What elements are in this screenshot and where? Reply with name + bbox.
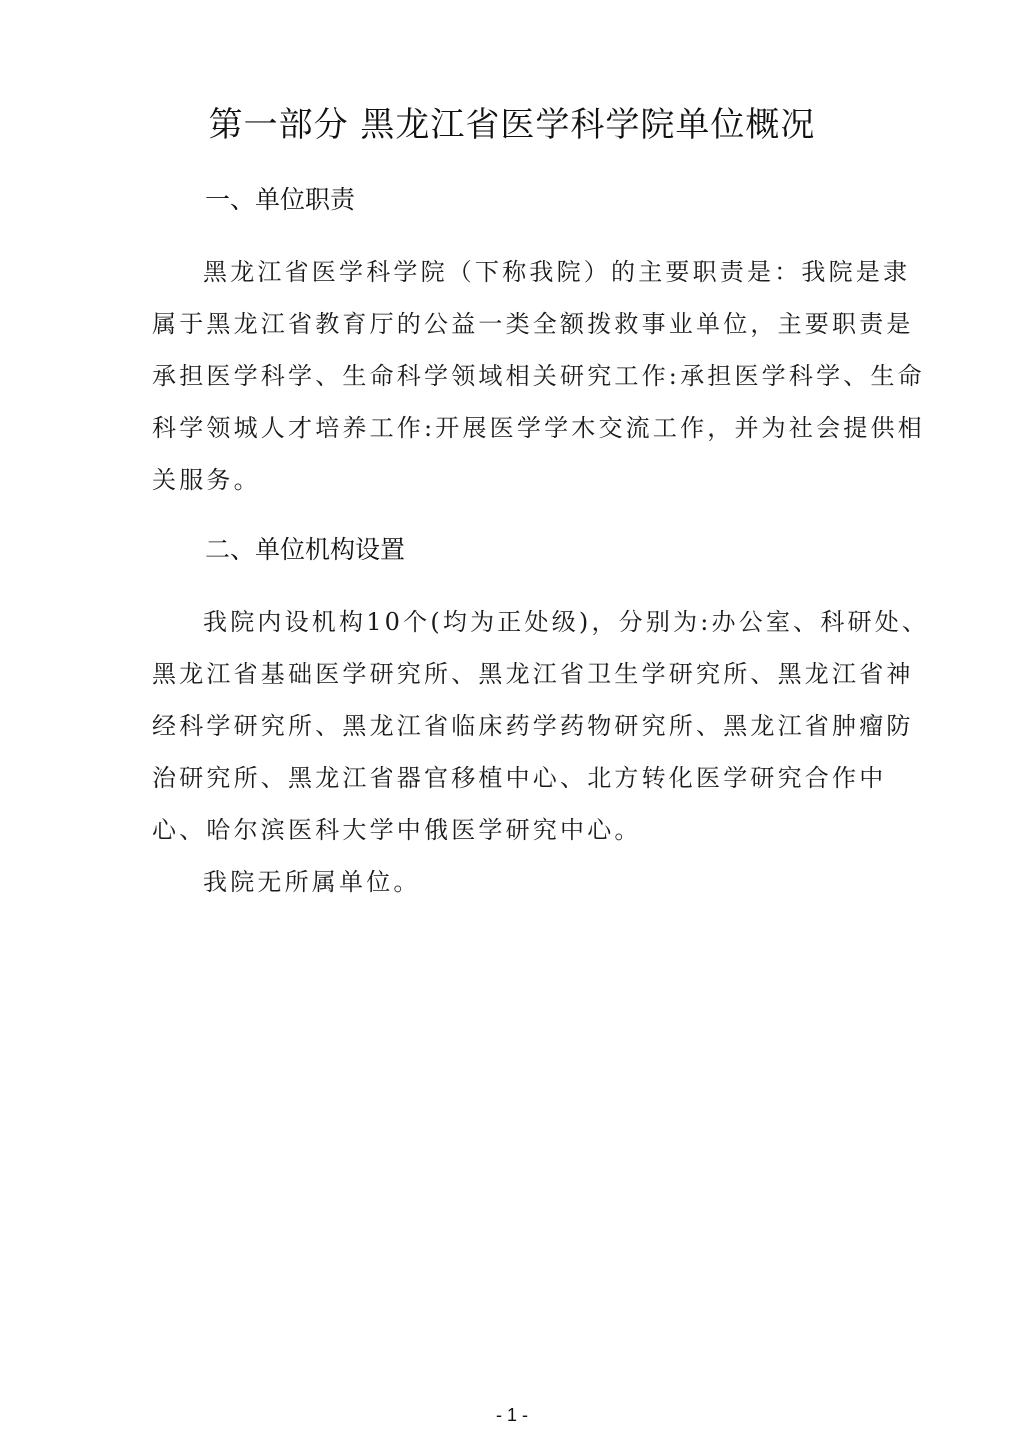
paragraph-line: 黑龙江省医学科学院（下称我院）的主要职责是：我院是隶 [203, 254, 910, 290]
paragraph-line: 经科学研究所、黑龙江省临床药学药物研究所、黑龙江省肿瘤防 [152, 708, 914, 744]
paragraph-line: 我院无所属单位。 [203, 864, 421, 900]
paragraph-line: 属于黑龙江省教育厅的公益一类全额拨救事业单位，主要职责是 [152, 306, 914, 342]
section-heading-structure: 二、单位机构设置 [205, 532, 405, 568]
paragraph-line: 承担医学科学、生命科学领域相关研究工作:承担医学科学、生命 [152, 358, 925, 394]
paragraph-line: 科学领城人才培养工作:开展医学学木交流工作，并为社会提供相 [152, 410, 925, 446]
page-number: - 1 - [0, 1405, 1024, 1426]
paragraph-line: 治研究所、黑龙江省器官移植中心、北方转化医学研究合作中 [152, 760, 886, 796]
page-title: 第一部分 黑龙江省医学科学院单位概况 [0, 100, 1024, 150]
paragraph-line: 心、哈尔滨医科大学中俄医学研究中心。 [152, 812, 642, 848]
section-heading-duties: 一、单位职责 [205, 182, 355, 218]
paragraph-line: 黑龙江省基础医学研究所、黑龙江省卫生学研究所、黑龙江省神 [152, 656, 914, 692]
document-page: 第一部分 黑龙江省医学科学院单位概况 一、单位职责 黑龙江省医学科学院（下称我院… [0, 0, 1024, 1448]
paragraph-line: 关服务。 [152, 462, 261, 498]
paragraph-line: 我院内设机构10个(均为正处级)，分别为:办公室、科研处、 [203, 604, 929, 640]
